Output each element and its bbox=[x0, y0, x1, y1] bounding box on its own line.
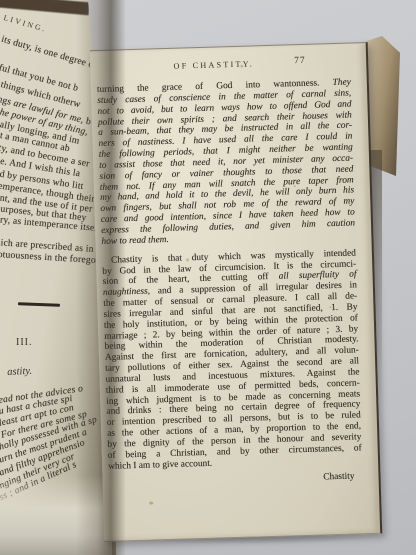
foxing-spot bbox=[149, 502, 153, 505]
page-curl bbox=[0, 475, 112, 555]
book-photograph: LIVING. f its duty, is one degree oeful … bbox=[0, 0, 416, 555]
foxing-spot bbox=[186, 258, 189, 261]
foxing-spot bbox=[160, 379, 162, 381]
left-running-header: LIVING. bbox=[3, 13, 49, 34]
foxing-spot bbox=[272, 448, 275, 451]
italic-paragraph: turning the grace of God into wantonness… bbox=[97, 78, 356, 248]
foxing-spot bbox=[329, 306, 331, 308]
foxing-spot bbox=[240, 65, 243, 68]
right-page-text: turning the grace of God into wantonness… bbox=[97, 78, 363, 489]
section-rule bbox=[18, 302, 60, 306]
page-number: 77 bbox=[294, 56, 306, 66]
foxing-spot bbox=[294, 185, 296, 187]
cover-edge bbox=[0, 0, 90, 15]
right-page: OF CHASTITY. 77 turning the grace of God… bbox=[90, 42, 382, 542]
foxing-spot bbox=[137, 120, 139, 122]
section-heading-fragment: astity. bbox=[7, 366, 32, 378]
catchword: Chastity bbox=[108, 471, 362, 489]
chastity-paragraph: Chastity is that duty which was mystical… bbox=[102, 248, 362, 472]
section-number: III. bbox=[16, 337, 33, 348]
